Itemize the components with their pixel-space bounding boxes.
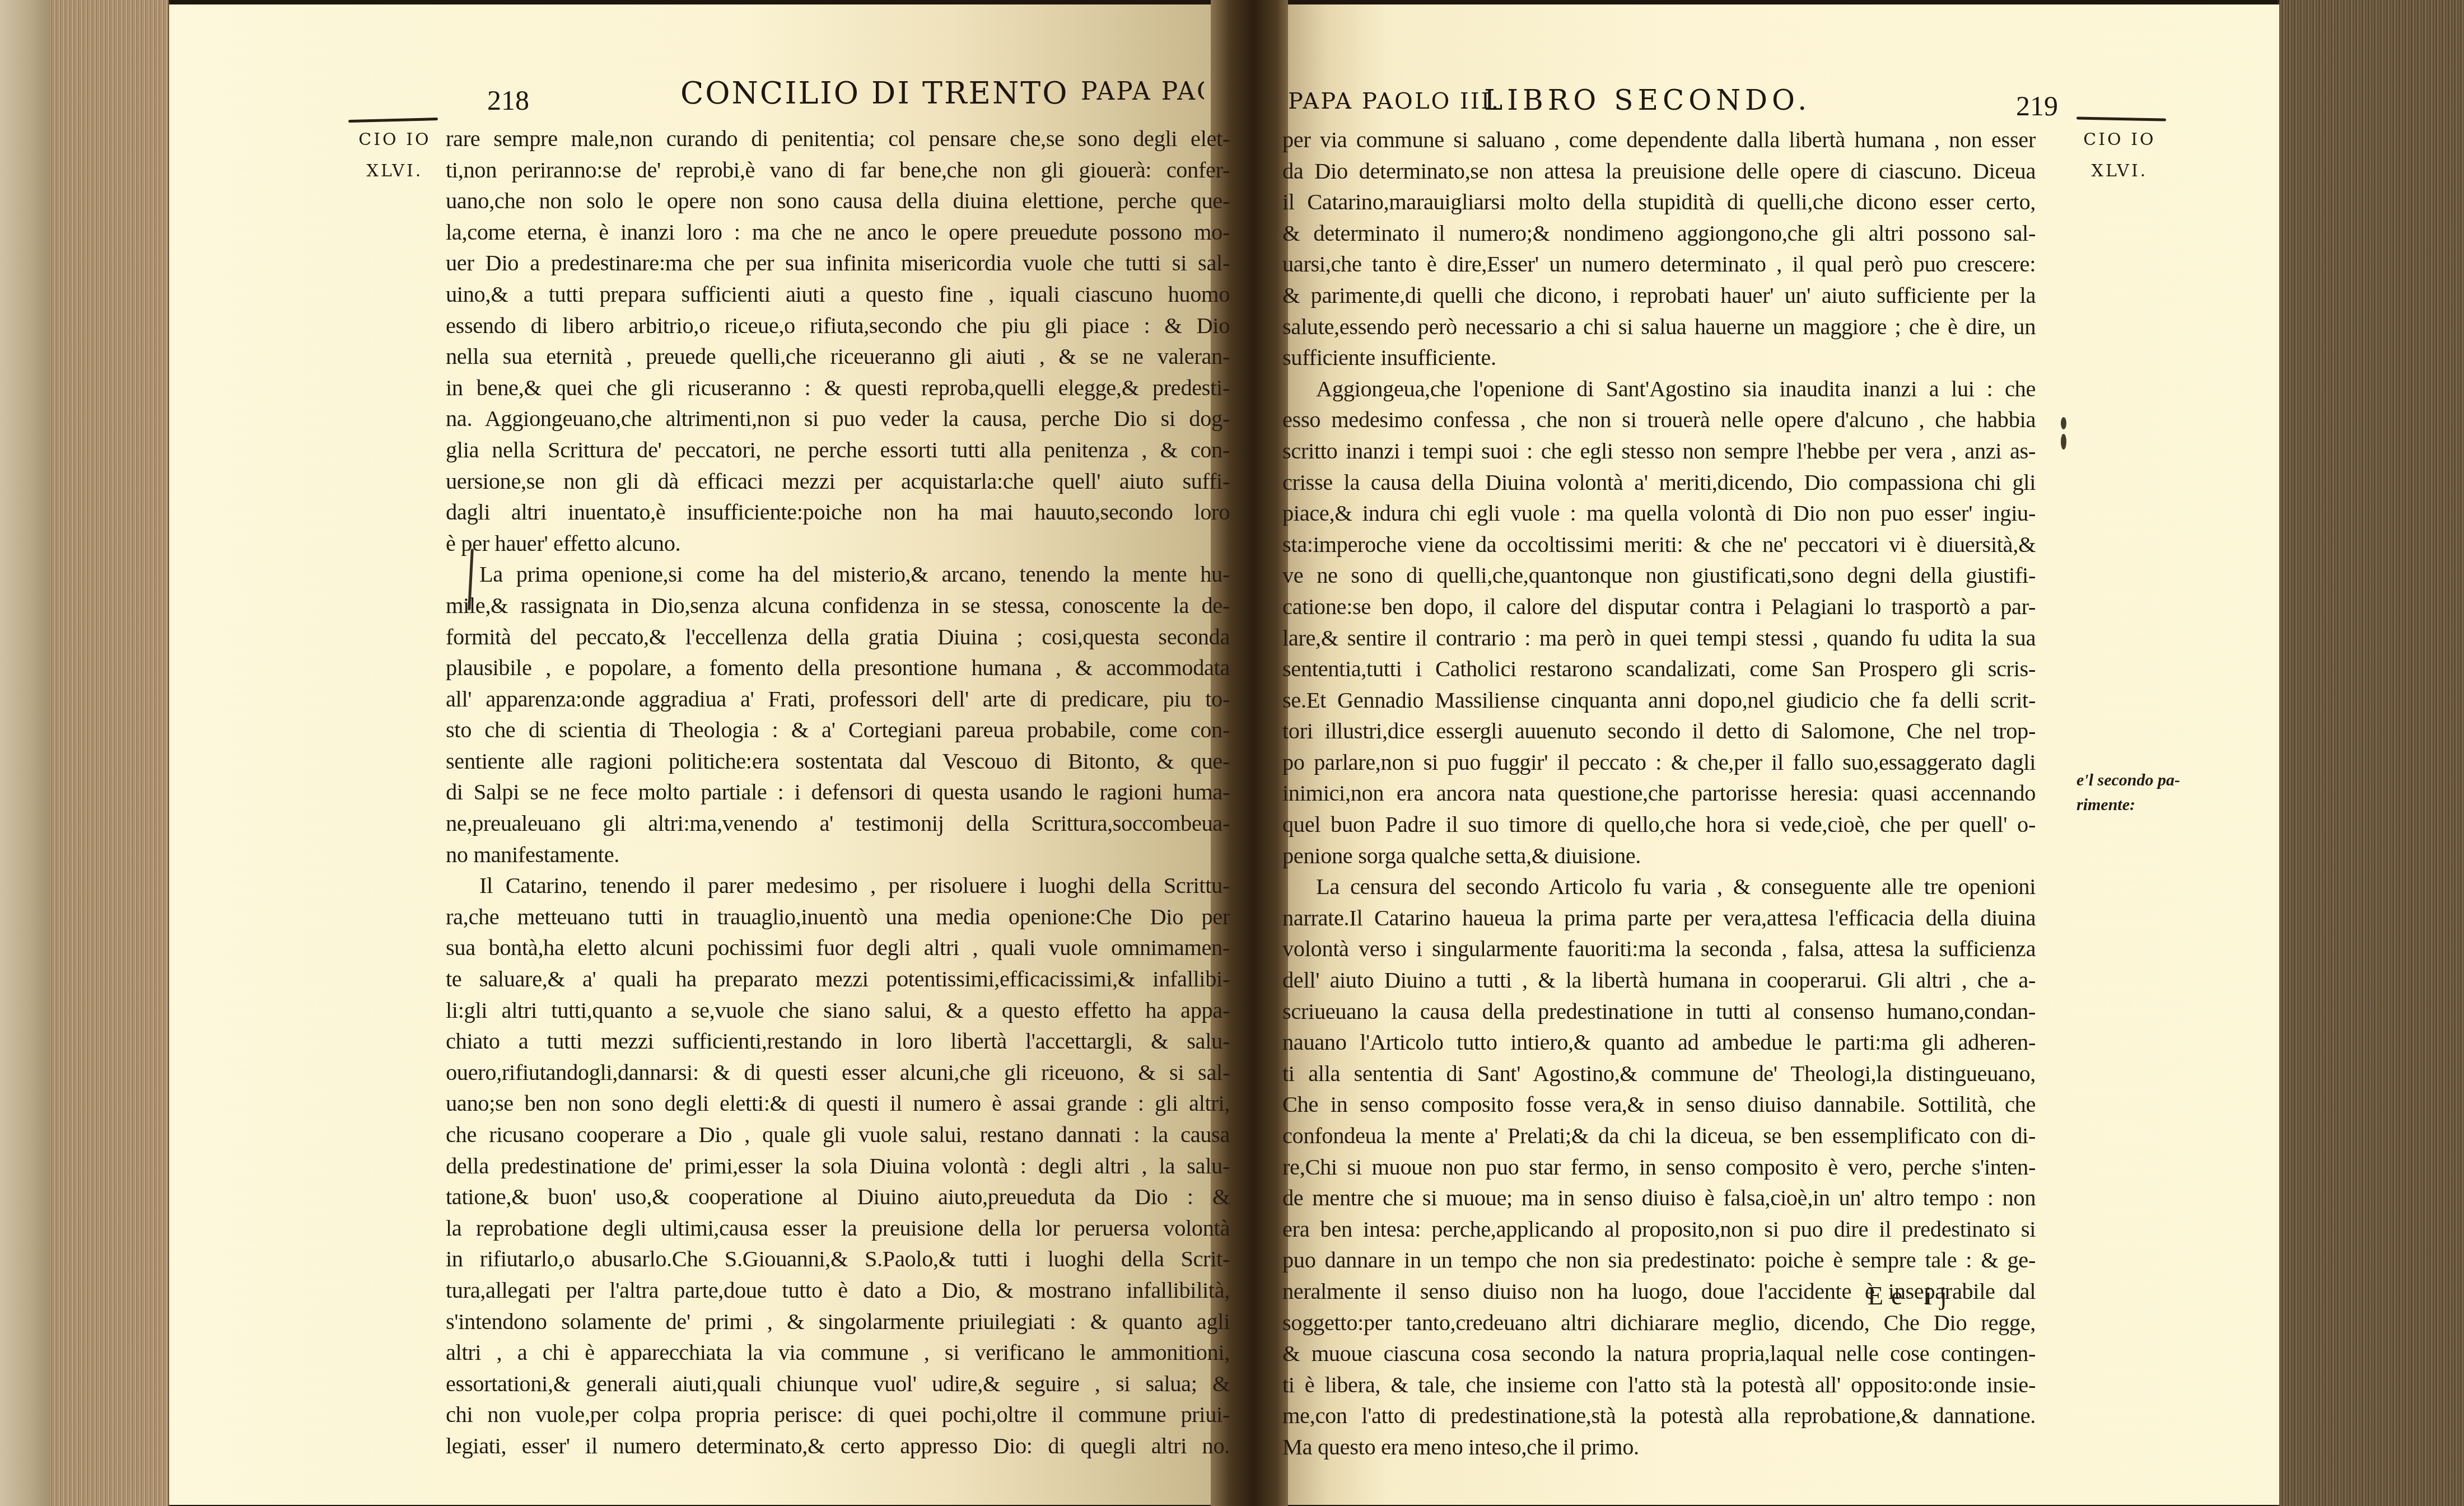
text-line: piace,& indura chi egli vuole : ma quell… [1282,498,2036,529]
text-line: volontà verso i singularmente fauoriti:m… [1282,933,2036,965]
text-line: sua bontà,ha eletto alcuni pochissimi fu… [446,932,1230,964]
margin-note-line: e'l secondo pa- [2076,768,2200,793]
text-line: scriueuano la causa della predestination… [1282,996,2036,1027]
ink-blot [2061,434,2066,450]
left-folio: 218 [487,84,529,116]
text-line: no manifestamente. [446,839,1230,871]
text-line: te saluare,& a' quali ha preparato mezzi… [446,964,1230,995]
text-line: uersione,se non gli dà efficaci mezzi pe… [446,466,1230,497]
margin-year-line: CIO IO [2072,124,2167,156]
text-line: soggetto:per tanto,credeuano altri dichi… [1282,1307,2036,1339]
text-line: di Salpi se ne fece molto partiale : i d… [446,777,1230,808]
text-line: s'intendono solamente de' primi , & sing… [446,1306,1230,1337]
right-running-head-pope: PAPA PAOLO III. [1288,88,1500,114]
paragraph-start: La censura del secondo Articolo fu varia… [1282,871,2036,902]
text-line: glia nella Scrittura de' peccatori, ne p… [446,434,1230,466]
left-fore-edge [0,0,169,1506]
text-line: quel buon Padre il suo timore di quello,… [1282,809,2036,840]
text-line: in bene,& quei che gli ricuseranno : & q… [446,372,1230,404]
text-line: tori illustri,dice essergli auuenuto sec… [1282,715,2036,747]
text-line: nauano l'Articolo tutto intiero,& quanto… [1282,1027,2036,1058]
text-line: chi non vuole,per colpa propria perisce:… [446,1399,1230,1430]
text-line: uano,che non solo le opere non sono caus… [446,185,1230,217]
text-line: dell' aiuto Diuino a tutti , & la libert… [1282,965,2036,996]
text-line: tura,allegati per l'altra parte,doue tut… [446,1275,1230,1306]
text-line: catione:se ben dopo, il calore del dispu… [1282,591,2036,623]
text-line: all' apparenza:onde aggradiua a' Frati, … [446,684,1230,715]
text-line: ve ne sono di quelli,che,quantonque non … [1282,560,2036,591]
text-line: de mentre che si muoue; ma in senso diui… [1282,1182,2036,1214]
text-line: Che in senso composito fosse vera,& in s… [1282,1089,2036,1120]
text-line: na. Aggiongeuano,che altrimenti,non si p… [446,403,1230,434]
right-margin-note: e'l secondo pa- rimente: [2076,768,2200,817]
ink-blot [2061,417,2066,429]
text-line: penione sorga qualche setta,& diuisione. [1282,840,2036,872]
text-line: po parlare,non si puo fuggir' il peccato… [1282,747,2036,778]
text-line: da Dio determinato,se non attesa la preu… [1282,156,2036,187]
text-line: lare,& sentire il contrario : ma però in… [1282,623,2036,654]
margin-year-line: XLVI. [347,156,442,187]
text-line: che ricusano cooperare a Dio , quale gli… [446,1119,1230,1150]
text-line: re,Chi si muoue non puo star fermo, in s… [1282,1152,2036,1183]
left-running-head-title: CONCILIO DI TRENTO [680,76,1069,111]
text-line: in rifiutarlo,o abusarlo.Che S.Giouanni,… [446,1243,1230,1275]
text-line: sententia,tutti i Catholici restarono sc… [1282,653,2036,685]
text-line: la reprobatione degli ultimi,causa esser… [446,1213,1230,1244]
text-line: mile,& rassignata in Dio,senza alcuna co… [446,590,1230,621]
text-line: ti è libera, & tale, che insieme con l'a… [1282,1369,2036,1401]
left-running-head-pope: PAPA PAOLO III. [1081,77,1204,106]
text-line: dagli altri inuentato,è insufficiente:po… [446,497,1230,528]
margin-note-line: rimente: [2076,793,2200,817]
right-page-body: per via commune si saluano , come depend… [1282,124,2036,1463]
margin-year-line: XLVI. [2072,156,2167,187]
text-line: narrate.Il Catarino haueua la prima part… [1282,902,2036,934]
text-line: puo dannare in un tempo che non sia pred… [1282,1245,2036,1276]
text-line: il Catarino,marauigliarsi molto della st… [1282,186,2036,218]
text-line: se.Et Gennadio Massiliense cinquanta ann… [1282,685,2036,716]
text-line: essortationi,& generali aiuti,quali chiu… [446,1368,1230,1400]
paragraph-start: Aggiongeua,che l'openione di Sant'Agosti… [1282,373,2036,405]
text-line: essendo di libero arbitrio,o riceue,o ri… [446,310,1230,342]
text-line: uer Dio a predestinare:ma che per sua in… [446,247,1230,279]
left-margin-year: CIO IO XLVI. [347,124,442,187]
right-fore-edge [2278,0,2464,1506]
right-folio: 219 [2016,90,2058,122]
signature-mark: Ee ij [1868,1281,1955,1311]
text-line: ra,che metteuano tutti in trauaglio,inue… [446,901,1230,933]
text-line: sentiente alle ragioni politiche:era sos… [446,746,1230,777]
right-running-head-title: LIBRO SECONDO. [1484,84,1811,116]
text-line: esso medesimo confessa , che non si trou… [1282,404,2036,436]
text-line: nella sua eternità , preuede quelli,che … [446,341,1230,372]
text-line: li:gli altri tutti,quanto a se,vuole che… [446,995,1230,1026]
text-line: Ma questo era meno inteso,che il primo. [1282,1432,2036,1463]
paragraph-start: Il Catarino, tenendo il parer medesimo ,… [446,870,1230,901]
right-margin-year: CIO IO XLVI. [2072,124,2167,187]
text-line: me,con l'atto di predestinatione,stà la … [1282,1400,2036,1432]
text-line: per via commune si saluano , come depend… [1282,124,2036,156]
text-line: altri , a chi è apparecchiata la via com… [446,1337,1230,1368]
text-line: & determinato il numero;& nondimeno aggi… [1282,218,2036,249]
text-line: ti,non periranno:se de' reprobi,è vano d… [446,155,1230,186]
text-line: era ben intesa: perche,applicando al pro… [1282,1214,2036,1245]
text-line: & parimente,di quelli che dicono, i repr… [1282,280,2036,311]
text-line: ti alla sententia di Sant' Agostino,& co… [1282,1058,2036,1089]
margin-year-line: CIO IO [347,124,442,156]
left-page-body: rare sempre male,non curando di penitent… [446,123,1230,1462]
text-line: formità del peccato,& l'eccellenza della… [446,621,1230,653]
text-line: chiato a tutti mezzi sufficienti,restand… [446,1026,1230,1057]
text-line: della predestinatione de' primi,esser la… [446,1150,1230,1182]
text-line: scritto inanzi i tempi suoi : che egli s… [1282,436,2036,467]
text-line: inimici,non era ancora nata questione,ch… [1282,778,2036,809]
text-line: uarsi,che tanto è dire,Esser' un numero … [1282,249,2036,280]
text-line: la,come eterna, è inanzi loro : ma che n… [446,217,1230,248]
paragraph-start: La prima openione,si come ha del misteri… [446,559,1230,590]
text-line: plausibile , e popolare, a fomento della… [446,652,1230,684]
text-line: salute,essendo però necessario a chi si … [1282,311,2036,343]
text-line: confondeua la mente a' Prelati;& da chi … [1282,1120,2036,1152]
open-book-spread: 218 CONCILIO DI TRENTO PAPA PAOLO III. C… [0,0,2464,1506]
text-line: sta:imperoche viene da occoltissimi meri… [1282,529,2036,560]
text-line: è per hauer' effetto alcuno. [446,528,1230,559]
text-line: uano;se ben non sono degli eletti:& di q… [446,1088,1230,1119]
text-line: crisse la causa della Diuina volontà a' … [1282,467,2036,498]
text-line: tatione,& buon' uso,& cooperatione al Di… [446,1181,1230,1213]
text-line: uino,& a tutti prepara sufficienti aiuti… [446,279,1230,310]
text-line: sufficiente insufficiente. [1282,342,2036,373]
text-line: & muoue ciascuna cosa secondo la natura … [1282,1338,2036,1369]
text-line: ouero,rifiutandogli,dannarsi: & di quest… [446,1057,1230,1088]
text-line: legiati, esser' il numero determinato,& … [446,1430,1230,1462]
text-line: ne,preualeuano gli altri:ma,venendo a' t… [446,808,1230,839]
text-line: sto che di scientia di Theologia : & a' … [446,714,1230,746]
text-line: rare sempre male,non curando di penitent… [446,123,1230,155]
